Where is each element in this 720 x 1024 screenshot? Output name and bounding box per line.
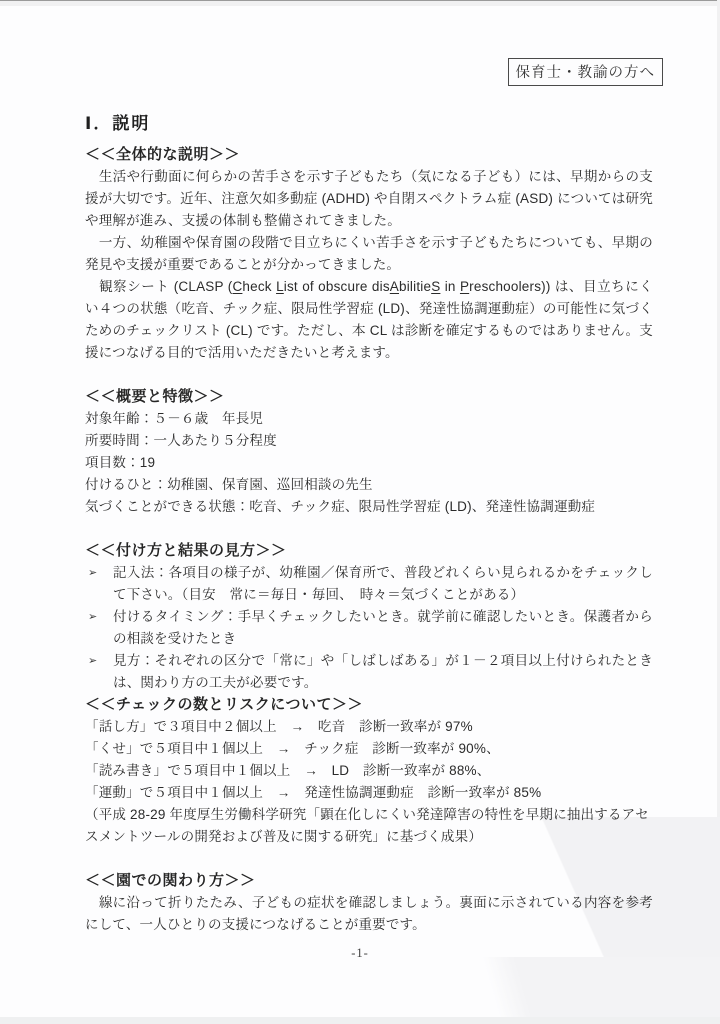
overview-item-detectable-conditions: 気づくことができる状態：吃音、チック症、限局性学習症 (LD)、発達性協調運動症 <box>85 496 653 518</box>
section-engagement-at-school: ＜＜園での関わり方＞＞ 線に沿って折りたたみ、子どもの症状を確認しましょう。裏面… <box>85 870 653 936</box>
paragraph-early-detection: 一方、幼稚園や保育園の段階で目立ちにくい苦手さを示す子どもたちについても、早期の… <box>85 232 653 276</box>
text-run: bilitie <box>399 279 431 294</box>
risk-line-tics: 「くせ」で５項目中１個以上 → チック症 診断一致率が 90%、 <box>85 738 653 760</box>
text-run: 観察シート (CLASP ( <box>85 279 232 294</box>
page-title: Ⅰ．説明 <box>85 112 653 136</box>
usage-bullet-timing: ➢ 付けるタイミング：手早くチェックしたいとき。就学前に確認したいとき。保護者か… <box>85 606 653 650</box>
text-run: A <box>390 279 399 294</box>
section-check-counts-risk: ＜＜チェックの数とリスクについて＞＞ 「話し方」で３項目中２個以上 → 吃音 診… <box>85 694 653 848</box>
text-run: P <box>460 279 469 294</box>
document-body: Ⅰ．説明 ＜＜全体的な説明＞＞ 生活や行動面に何らかの苦手さを示す子どもたち（気… <box>85 112 653 936</box>
arrowhead-bullet-icon: ➢ <box>85 606 113 628</box>
risk-line-speech: 「話し方」で３項目中２個以上 → 吃音 診断一致率が 97% <box>85 716 653 738</box>
usage-bullet-interpretation: ➢ 見方：それぞれの区分で「常に」や「しばしばある」が１－２項目以上付けられたと… <box>85 650 653 694</box>
text-run: C <box>232 279 242 294</box>
overview-item-required-time: 所要時間：一人あたり５分程度 <box>85 430 653 452</box>
page-number: -1- <box>0 946 720 961</box>
section-heading-engagement: ＜＜園での関わり方＞＞ <box>85 870 653 892</box>
text-run: ist of obscure dis <box>284 279 390 294</box>
arrowhead-bullet-icon: ➢ <box>85 562 113 584</box>
risk-source-note: （平成 28-29 年度厚生労働科学研究「顕在化しにくい発達障害の特性を早期に抽… <box>85 804 653 848</box>
section-overall-description: ＜＜全体的な説明＞＞ 生活や行動面に何らかの苦手さを示す子どもたち（気になる子ど… <box>85 144 653 364</box>
text-run: L <box>276 279 284 294</box>
overview-item-item-count: 項目数：19 <box>85 452 653 474</box>
section-usage-and-results: ＜＜付け方と結果の見方＞＞ ➢ 記入法：各項目の様子が、幼稚園／保育所で、普段ど… <box>85 540 653 694</box>
audience-tag-label: 保育士・教諭の方へ <box>516 65 656 81</box>
scan-edge-bottom <box>0 1017 720 1024</box>
audience-tag-box: 保育士・教諭の方へ <box>508 58 664 86</box>
section-heading-overall: ＜＜全体的な説明＞＞ <box>85 144 653 166</box>
section-heading-usage: ＜＜付け方と結果の見方＞＞ <box>85 540 653 562</box>
usage-bullet-entry-method: ➢ 記入法：各項目の様子が、幼稚園／保育所で、普段どれくらい見られるかをチェック… <box>85 562 653 606</box>
usage-bullet-text: 付けるタイミング：手早くチェックしたいとき。就学前に確認したいとき。保護者からの… <box>113 606 653 650</box>
section-overview-features: ＜＜概要と特徴＞＞ 対象年齢：５－６歳 年長児 所要時間：一人あたり５分程度 項… <box>85 386 653 518</box>
usage-bullet-text: 見方：それぞれの区分で「常に」や「しばしばある」が１－２項目以上付けられたときは… <box>113 650 653 694</box>
overview-item-raters: 付けるひと：幼稚園、保育園、巡回相談の先生 <box>85 474 653 496</box>
paragraph-early-support: 生活や行動面に何らかの苦手さを示す子どもたち（気になる子ども）には、早期からの支… <box>85 166 653 232</box>
page-corner-shadow-lower <box>280 957 720 1017</box>
usage-bullet-text: 記入法：各項目の様子が、幼稚園／保育所で、普段どれくらい見られるかをチェックして… <box>113 562 653 606</box>
section-heading-overview: ＜＜概要と特徴＞＞ <box>85 386 653 408</box>
paragraph-fold-instructions: 線に沿って折りたたみ、子どもの症状を確認しましょう。裏面に示されている内容を参考… <box>85 892 653 936</box>
section-heading-risk: ＜＜チェックの数とリスクについて＞＞ <box>85 694 653 716</box>
risk-line-reading-writing: 「読み書き」で５項目中１個以上 → LD 診断一致率が 88%、 <box>85 760 653 782</box>
arrowhead-bullet-icon: ➢ <box>85 650 113 672</box>
scanned-document-page: { "header": { "tag": "保育士・教諭の方へ" }, "tit… <box>0 0 720 1024</box>
text-run: in <box>440 279 460 294</box>
overview-item-target-age: 対象年齢：５－６歳 年長児 <box>85 408 653 430</box>
scan-edge-top <box>0 0 720 6</box>
paragraph-clasp-intro: 観察シート (CLASP (Check List of obscure disA… <box>85 276 653 364</box>
risk-line-motor: 「運動」で５項目中１個以上 → 発達性協調運動症 診断一致率が 85% <box>85 782 653 804</box>
text-run: heck <box>242 279 276 294</box>
